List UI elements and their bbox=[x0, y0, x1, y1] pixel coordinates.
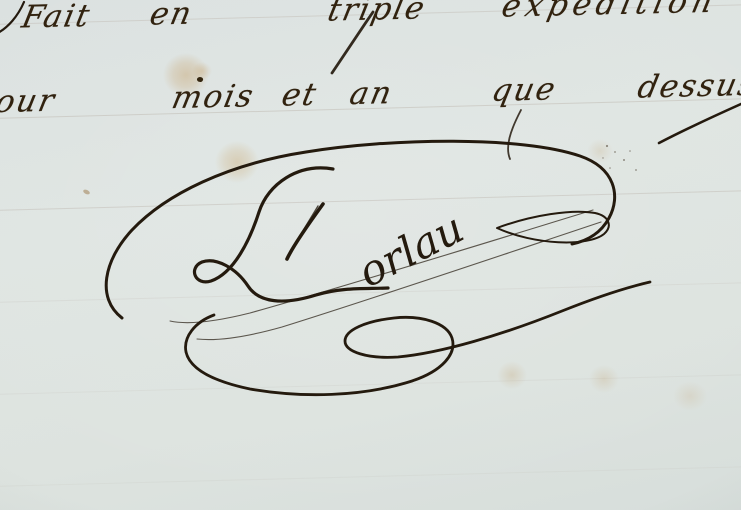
que-tail-stroke bbox=[508, 110, 521, 159]
descender-tail-stroke bbox=[659, 104, 741, 143]
handwritten-line-2: jour mois et an que dessus bbox=[0, 70, 741, 87]
ruled-line bbox=[0, 282, 741, 303]
ruled-line bbox=[0, 374, 741, 395]
flourish-hairline bbox=[197, 222, 601, 340]
foxing-stain bbox=[673, 381, 707, 411]
handwritten-word: expédition bbox=[499, 0, 720, 23]
handwritten-word: mois bbox=[169, 81, 257, 114]
flourish-hairline bbox=[170, 210, 593, 323]
manuscript-photo: Fait en triple expédition jour mois et a… bbox=[0, 0, 741, 510]
paper-fleck bbox=[82, 189, 90, 196]
handwritten-word: que bbox=[489, 74, 560, 107]
handwritten-line-1: Fait en triple expédition bbox=[0, 0, 741, 3]
handwritten-word: en bbox=[147, 0, 196, 31]
handwritten-word: Fait bbox=[19, 1, 94, 34]
signature-capital-d-stroke bbox=[194, 168, 388, 301]
foxing-stain bbox=[497, 361, 527, 389]
handwritten-word: et bbox=[279, 80, 320, 112]
handwritten-word: an bbox=[347, 78, 396, 110]
ruled-line bbox=[0, 190, 741, 211]
handwritten-word: dessus bbox=[635, 70, 741, 104]
signature-name-text: orlau bbox=[350, 203, 471, 297]
handwritten-word: triple bbox=[325, 0, 429, 27]
handwritten-word: jour bbox=[0, 86, 59, 119]
foxing-stain bbox=[215, 141, 259, 183]
ruled-line bbox=[0, 466, 741, 487]
flourish-leaf-loop bbox=[497, 212, 609, 243]
foxing-stain bbox=[587, 139, 613, 163]
signature-stem-accent bbox=[287, 204, 323, 259]
signature-stem-accent bbox=[293, 206, 318, 248]
ink-spatter bbox=[602, 145, 637, 171]
